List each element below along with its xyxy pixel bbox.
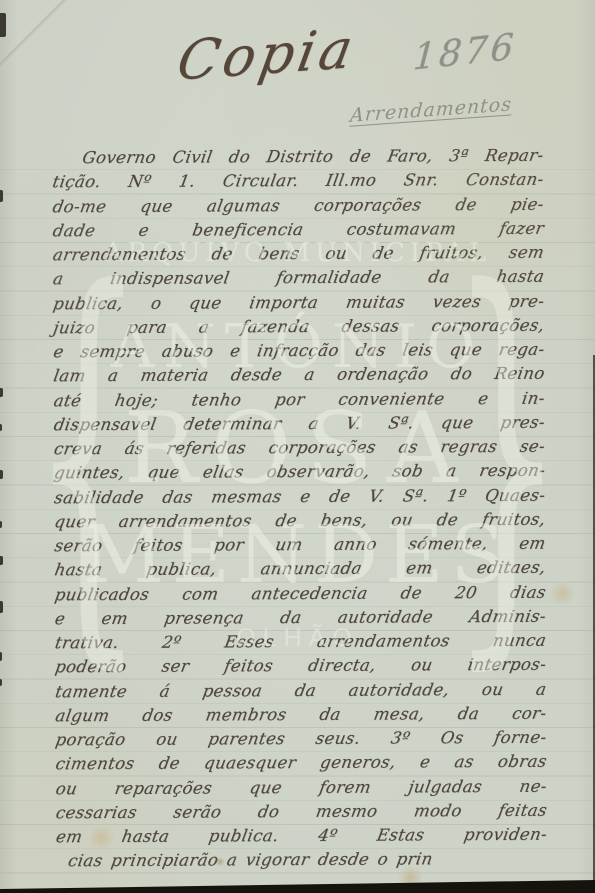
manuscript-line: arrendamentos de bens ou de fruitos, sem (51, 243, 546, 270)
manuscript-line: do-me que algumas corporações de pie- (50, 194, 545, 221)
document-scan: Copia 1876 Arrendamentos Governo Civil d… (0, 0, 595, 893)
manuscript-line: a indispensavel formalidade da hasta (51, 267, 546, 294)
manuscript-line: poderão ser feitos directa, ou interpos- (53, 655, 548, 682)
manuscript-line: creva ás referidas corporações as regras… (52, 437, 547, 464)
scan-edge-mark (0, 190, 3, 202)
manuscript-line: dade e beneficencia costumavam fazer (50, 218, 545, 245)
manuscript-line: cias principiarão a vigorar desde o prin (54, 849, 549, 876)
manuscript-line: algum dos membros da mesa, da cor- (53, 703, 548, 730)
manuscript-line: cessarias serão do mesmo modo feitas (54, 800, 549, 827)
manuscript-line: tamente á pessoa da autoridade, ou a (53, 679, 548, 706)
manuscript-line: ou reparações que forem julgadas ne- (53, 776, 548, 803)
scan-edge-mark (0, 470, 3, 479)
manuscript-line: hasta publica, annunciada em editaes, (52, 558, 547, 585)
scan-edge-mark (0, 388, 3, 397)
manuscript-line: Governo Civil do Distrito de Faro, 3ª Re… (50, 146, 545, 173)
manuscript-text: Governo Civil do Distrito de Faro, 3ª Re… (52, 146, 547, 876)
manuscript-line: poração ou parentes seus. 3º Os forne- (53, 728, 548, 755)
scan-edge-mark (0, 556, 3, 565)
scan-edge-mark (0, 13, 6, 37)
manuscript-line: lam a materia desde a ordenação do Reino (51, 364, 546, 391)
manuscript-line: juizo para a fazenda dessas corporações, (51, 315, 546, 342)
manuscript-line: publica, o que importa muitas vezes pre- (51, 291, 546, 318)
manuscript-line: trativa. 2º Esses arrendamentos nunca (53, 631, 548, 658)
manuscript-line: e sempre abuso e infracção das leis que … (51, 340, 546, 367)
manuscript-line: e em presença da autoridade Adminis- (53, 606, 548, 633)
manuscript-line: publicados com antecedencia de 20 dias (52, 582, 547, 609)
scan-edge-mark (0, 424, 2, 431)
scan-edge-mark (0, 679, 2, 686)
manuscript-line: sabilidade das mesmas e de V. Sª. 1º Qua… (52, 485, 547, 512)
manuscript-line: cimentos de quaesquer generos, e as obra… (53, 752, 548, 779)
manuscript-line: dispensavel determinar a V. Sª. que pres… (51, 412, 546, 439)
scan-edge-mark (0, 521, 2, 528)
manuscript-line: até hoje; tenho por conveniente e in- (51, 388, 546, 415)
manuscript-line: em hasta publica. 4º Estas providen- (54, 825, 549, 852)
manuscript-line: quer arrendamentos de bens, ou de fruito… (52, 509, 547, 536)
manuscript-line: guintes, que ellas observarão, sob a res… (52, 461, 547, 488)
scan-edge-mark (0, 601, 3, 613)
manuscript-line: tição. Nº 1. Circular. Ill.mo Snr. Const… (50, 170, 545, 197)
scan-edge-mark (0, 652, 2, 661)
manuscript-line: serão feitos por um anno sómente, em (52, 534, 547, 561)
